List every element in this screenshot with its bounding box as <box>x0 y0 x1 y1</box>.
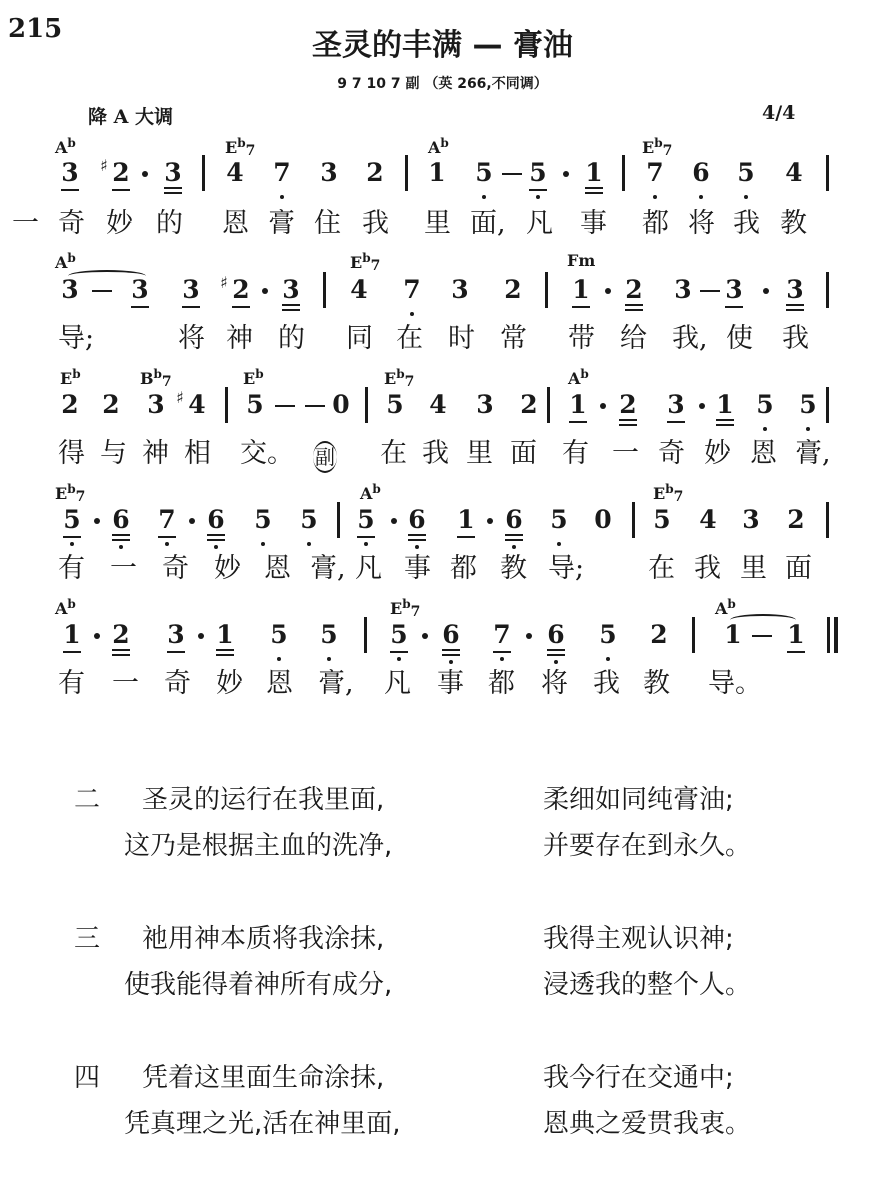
lyric: 事 <box>580 210 607 237</box>
note: 3 <box>449 277 471 302</box>
verse-line: 凭真理之光,活在神里面, <box>124 1111 401 1137</box>
verse-line: 浸透我的整个人。 <box>543 972 751 998</box>
note: 1 <box>570 277 592 302</box>
lyric: 面 <box>510 440 537 467</box>
dot-icon <box>94 633 100 639</box>
lyric: 的 <box>278 325 305 352</box>
note: 2 <box>502 277 524 302</box>
note: 7 <box>491 622 513 647</box>
lyric: 教 <box>643 670 670 697</box>
note: 2 <box>785 507 807 532</box>
note: 1 <box>722 622 744 647</box>
note: 4 <box>186 392 208 417</box>
lyric: 导; <box>548 555 584 582</box>
lyric: 教 <box>780 210 807 237</box>
chord: Eb7 <box>384 368 414 389</box>
note: 5 <box>473 160 495 185</box>
verse-line: 祂用神本质将我涂抹, <box>142 926 384 952</box>
dot-icon <box>487 518 493 524</box>
note: 1 <box>567 392 589 417</box>
sharp-icon: ♯ <box>100 158 108 174</box>
barline <box>337 502 340 538</box>
lyric: 一 <box>112 670 139 697</box>
note: 7 <box>271 160 293 185</box>
note: 3 <box>165 622 187 647</box>
lyric: 将 <box>541 670 568 697</box>
lyric: 住 <box>314 210 341 237</box>
note: 3 <box>180 277 202 302</box>
barline <box>826 387 829 423</box>
sharp-icon: ♯ <box>220 275 228 291</box>
lyric: 一 <box>612 440 639 467</box>
note: 5 <box>61 507 83 532</box>
lyric: 的 <box>156 210 183 237</box>
verse-line: 我今行在交通中; <box>543 1065 734 1091</box>
note: 1 <box>714 392 736 417</box>
barline <box>364 617 367 653</box>
verse-line: 我得主观认识神; <box>543 926 734 952</box>
hymn-meter: 9 7 10 7 副 （英 266,不同调） <box>0 73 885 93</box>
note: 5 <box>252 507 274 532</box>
note: 6 <box>503 507 525 532</box>
chord: Eb7 <box>653 483 683 504</box>
note: 3 <box>129 277 151 302</box>
note: 3 <box>723 277 745 302</box>
note: 5 <box>797 392 819 417</box>
note: 1 <box>583 160 605 185</box>
lyric: 在 <box>380 440 407 467</box>
lyric: 一 <box>12 210 39 237</box>
lyric: 事 <box>437 670 464 697</box>
note: 1 <box>214 622 236 647</box>
barline <box>826 155 829 191</box>
lyric: 交。 <box>240 440 294 467</box>
lyric: 同 <box>346 325 373 352</box>
lyric: 里 <box>740 555 767 582</box>
lyric: 都 <box>450 555 477 582</box>
dot-icon <box>763 288 769 294</box>
barline <box>323 272 326 308</box>
note: 3 <box>784 277 806 302</box>
barline <box>225 387 228 423</box>
final-barline <box>827 617 830 653</box>
lyric: 带 <box>568 325 595 352</box>
note: 4 <box>783 160 805 185</box>
note: 2 <box>648 622 670 647</box>
lyric: 面, <box>470 210 506 237</box>
note: 6 <box>205 507 227 532</box>
lyric: 面 <box>785 555 812 582</box>
dash <box>305 405 325 407</box>
note: 2 <box>100 392 122 417</box>
lyric: 膏 <box>268 210 295 237</box>
barline <box>405 155 408 191</box>
note: 5 <box>298 507 320 532</box>
lyric: 与 <box>100 440 127 467</box>
dash <box>700 290 720 292</box>
dash <box>752 635 772 637</box>
lyric: 神 <box>226 325 253 352</box>
chord: Eb7 <box>55 483 85 504</box>
note: 3 <box>318 160 340 185</box>
verse-line: 并要存在到永久。 <box>543 833 751 859</box>
note: 7 <box>156 507 178 532</box>
lyric: 里 <box>424 210 451 237</box>
chord: Eb7 <box>390 598 420 619</box>
note: 5 <box>651 507 673 532</box>
barline <box>202 155 205 191</box>
lyric: 得 <box>58 440 85 467</box>
note: 1 <box>61 622 83 647</box>
lyric: 妙 <box>704 440 731 467</box>
lyric: 我 <box>362 210 389 237</box>
lyric: 奇 <box>658 440 685 467</box>
note: 5 <box>388 622 410 647</box>
note: 5 <box>735 160 757 185</box>
chord: Eb7 <box>642 137 672 158</box>
note: 5 <box>355 507 377 532</box>
lyric: 膏, <box>310 555 346 582</box>
chord: Fm <box>567 253 595 269</box>
note: 2 <box>110 622 132 647</box>
verse-number: 二 <box>74 787 100 813</box>
note: 1 <box>426 160 448 185</box>
lyric: 奇 <box>58 210 85 237</box>
barline <box>692 617 695 653</box>
lyric: 妙 <box>214 555 241 582</box>
chord: Ab <box>360 483 381 502</box>
lyric: 奇 <box>164 670 191 697</box>
note: 3 <box>672 277 694 302</box>
lyric: 凡 <box>355 555 382 582</box>
barline <box>365 387 368 423</box>
dash <box>275 405 295 407</box>
note: 3 <box>59 160 81 185</box>
lyric: 导。 <box>708 670 762 697</box>
dot-icon <box>391 518 397 524</box>
barline <box>826 272 829 308</box>
lyric: 恩 <box>222 210 249 237</box>
note: 3 <box>145 392 167 417</box>
chord: Ab <box>55 137 76 156</box>
lyric: 我, <box>672 325 708 352</box>
chord: Eb <box>60 368 81 387</box>
chord: Ab <box>568 368 589 387</box>
lyric: 我 <box>694 555 721 582</box>
lyric: 将 <box>178 325 205 352</box>
lyric: 恩 <box>264 555 291 582</box>
chord: Eb7 <box>350 252 380 273</box>
dot-icon <box>563 171 569 177</box>
verse-line: 这乃是根据主血的洗净, <box>124 833 392 859</box>
barline <box>547 387 550 423</box>
note: 7 <box>644 160 666 185</box>
sharp-icon: ♯ <box>176 390 184 406</box>
note: 2 <box>59 392 81 417</box>
chord: Ab <box>55 252 76 271</box>
note: 5 <box>548 507 570 532</box>
lyric: 相 <box>184 440 211 467</box>
note: 0 <box>330 392 352 417</box>
lyric: 我 <box>733 210 760 237</box>
note: 2 <box>230 277 252 302</box>
note: 6 <box>545 622 567 647</box>
lyric: 膏, <box>318 670 354 697</box>
dash <box>92 290 112 292</box>
note: 3 <box>162 160 184 185</box>
lyric: 有 <box>58 670 85 697</box>
note: 3 <box>665 392 687 417</box>
verse-line: 柔细如同纯膏油; <box>543 787 734 813</box>
lyric: 将 <box>688 210 715 237</box>
note: 2 <box>623 277 645 302</box>
hymn-title: 圣灵的丰满 — 膏油 <box>0 20 885 64</box>
lyric: 有 <box>58 555 85 582</box>
chord: Eb <box>243 368 264 387</box>
note: 1 <box>455 507 477 532</box>
note: 5 <box>318 622 340 647</box>
note: 6 <box>110 507 132 532</box>
lyric: 我 <box>782 325 809 352</box>
note: 1 <box>785 622 807 647</box>
lyric: 有 <box>562 440 589 467</box>
time-signature: 4/4 <box>762 102 795 124</box>
barline <box>622 155 625 191</box>
lyric: 在 <box>648 555 675 582</box>
note: 3 <box>740 507 762 532</box>
lyric: 凡 <box>526 210 553 237</box>
lyric: 神 <box>142 440 169 467</box>
note: 6 <box>440 622 462 647</box>
note: 2 <box>364 160 386 185</box>
lyric: 妙 <box>216 670 243 697</box>
lyric: 妙 <box>106 210 133 237</box>
note: 5 <box>244 392 266 417</box>
verse-number: 三 <box>74 926 100 952</box>
dot-icon <box>94 518 100 524</box>
chord: Ab <box>428 137 449 156</box>
verse-line: 使我能得着神所有成分, <box>124 972 392 998</box>
note: 7 <box>401 277 423 302</box>
key-signature: 降 A 大调 <box>88 102 173 129</box>
dot-icon <box>198 633 204 639</box>
note: 3 <box>474 392 496 417</box>
dot-icon <box>526 633 532 639</box>
lyric: 使 <box>726 325 753 352</box>
verse-line: 恩典之爱贯我衷。 <box>543 1111 751 1137</box>
note: 3 <box>59 277 81 302</box>
lyric: 教 <box>500 555 527 582</box>
chord: Bb7 <box>140 368 172 389</box>
lyric: 我 <box>593 670 620 697</box>
lyric: 在 <box>396 325 423 352</box>
barline <box>632 502 635 538</box>
barline <box>545 272 548 308</box>
chord: Eb7 <box>225 137 255 158</box>
lyric: 恩 <box>266 670 293 697</box>
note: 5 <box>384 392 406 417</box>
dot-icon <box>189 518 195 524</box>
lyric: 常 <box>500 325 527 352</box>
note: 5 <box>754 392 776 417</box>
verse-line: 圣灵的运行在我里面, <box>142 787 384 813</box>
dash <box>502 173 522 175</box>
dot-icon <box>262 288 268 294</box>
verse-line: 凭着这里面生命涂抹, <box>142 1065 384 1091</box>
dot-icon <box>699 403 705 409</box>
lyric: 我 <box>422 440 449 467</box>
lyric: 事 <box>404 555 431 582</box>
note: 2 <box>518 392 540 417</box>
note: 6 <box>406 507 428 532</box>
lyric: 时 <box>448 325 475 352</box>
lyric: 恩 <box>750 440 777 467</box>
chord: Ab <box>55 598 76 617</box>
note: 4 <box>427 392 449 417</box>
lyric: 都 <box>488 670 515 697</box>
note: 0 <box>592 507 614 532</box>
note: 3 <box>280 277 302 302</box>
note: 5 <box>597 622 619 647</box>
note: 4 <box>348 277 370 302</box>
verse-number: 四 <box>74 1065 100 1091</box>
note: 5 <box>527 160 549 185</box>
lyric: 一 <box>110 555 137 582</box>
dot-icon <box>605 288 611 294</box>
note: 2 <box>110 160 132 185</box>
note: 6 <box>690 160 712 185</box>
note: 4 <box>697 507 719 532</box>
final-barline <box>834 617 838 653</box>
dot-icon <box>422 633 428 639</box>
lyric: 凡 <box>384 670 411 697</box>
note: 4 <box>224 160 246 185</box>
dot-icon <box>142 171 148 177</box>
note: 5 <box>268 622 290 647</box>
lyric: 都 <box>642 210 669 237</box>
lyric: 膏, <box>795 440 831 467</box>
chord: Ab <box>715 598 736 617</box>
barline <box>826 502 829 538</box>
lyric: 奇 <box>162 555 189 582</box>
chorus-marker: 副 <box>313 441 337 473</box>
note: 2 <box>617 392 639 417</box>
lyric: 导; <box>58 325 94 352</box>
dot-icon <box>600 403 606 409</box>
lyric: 里 <box>466 440 493 467</box>
lyric: 给 <box>620 325 647 352</box>
